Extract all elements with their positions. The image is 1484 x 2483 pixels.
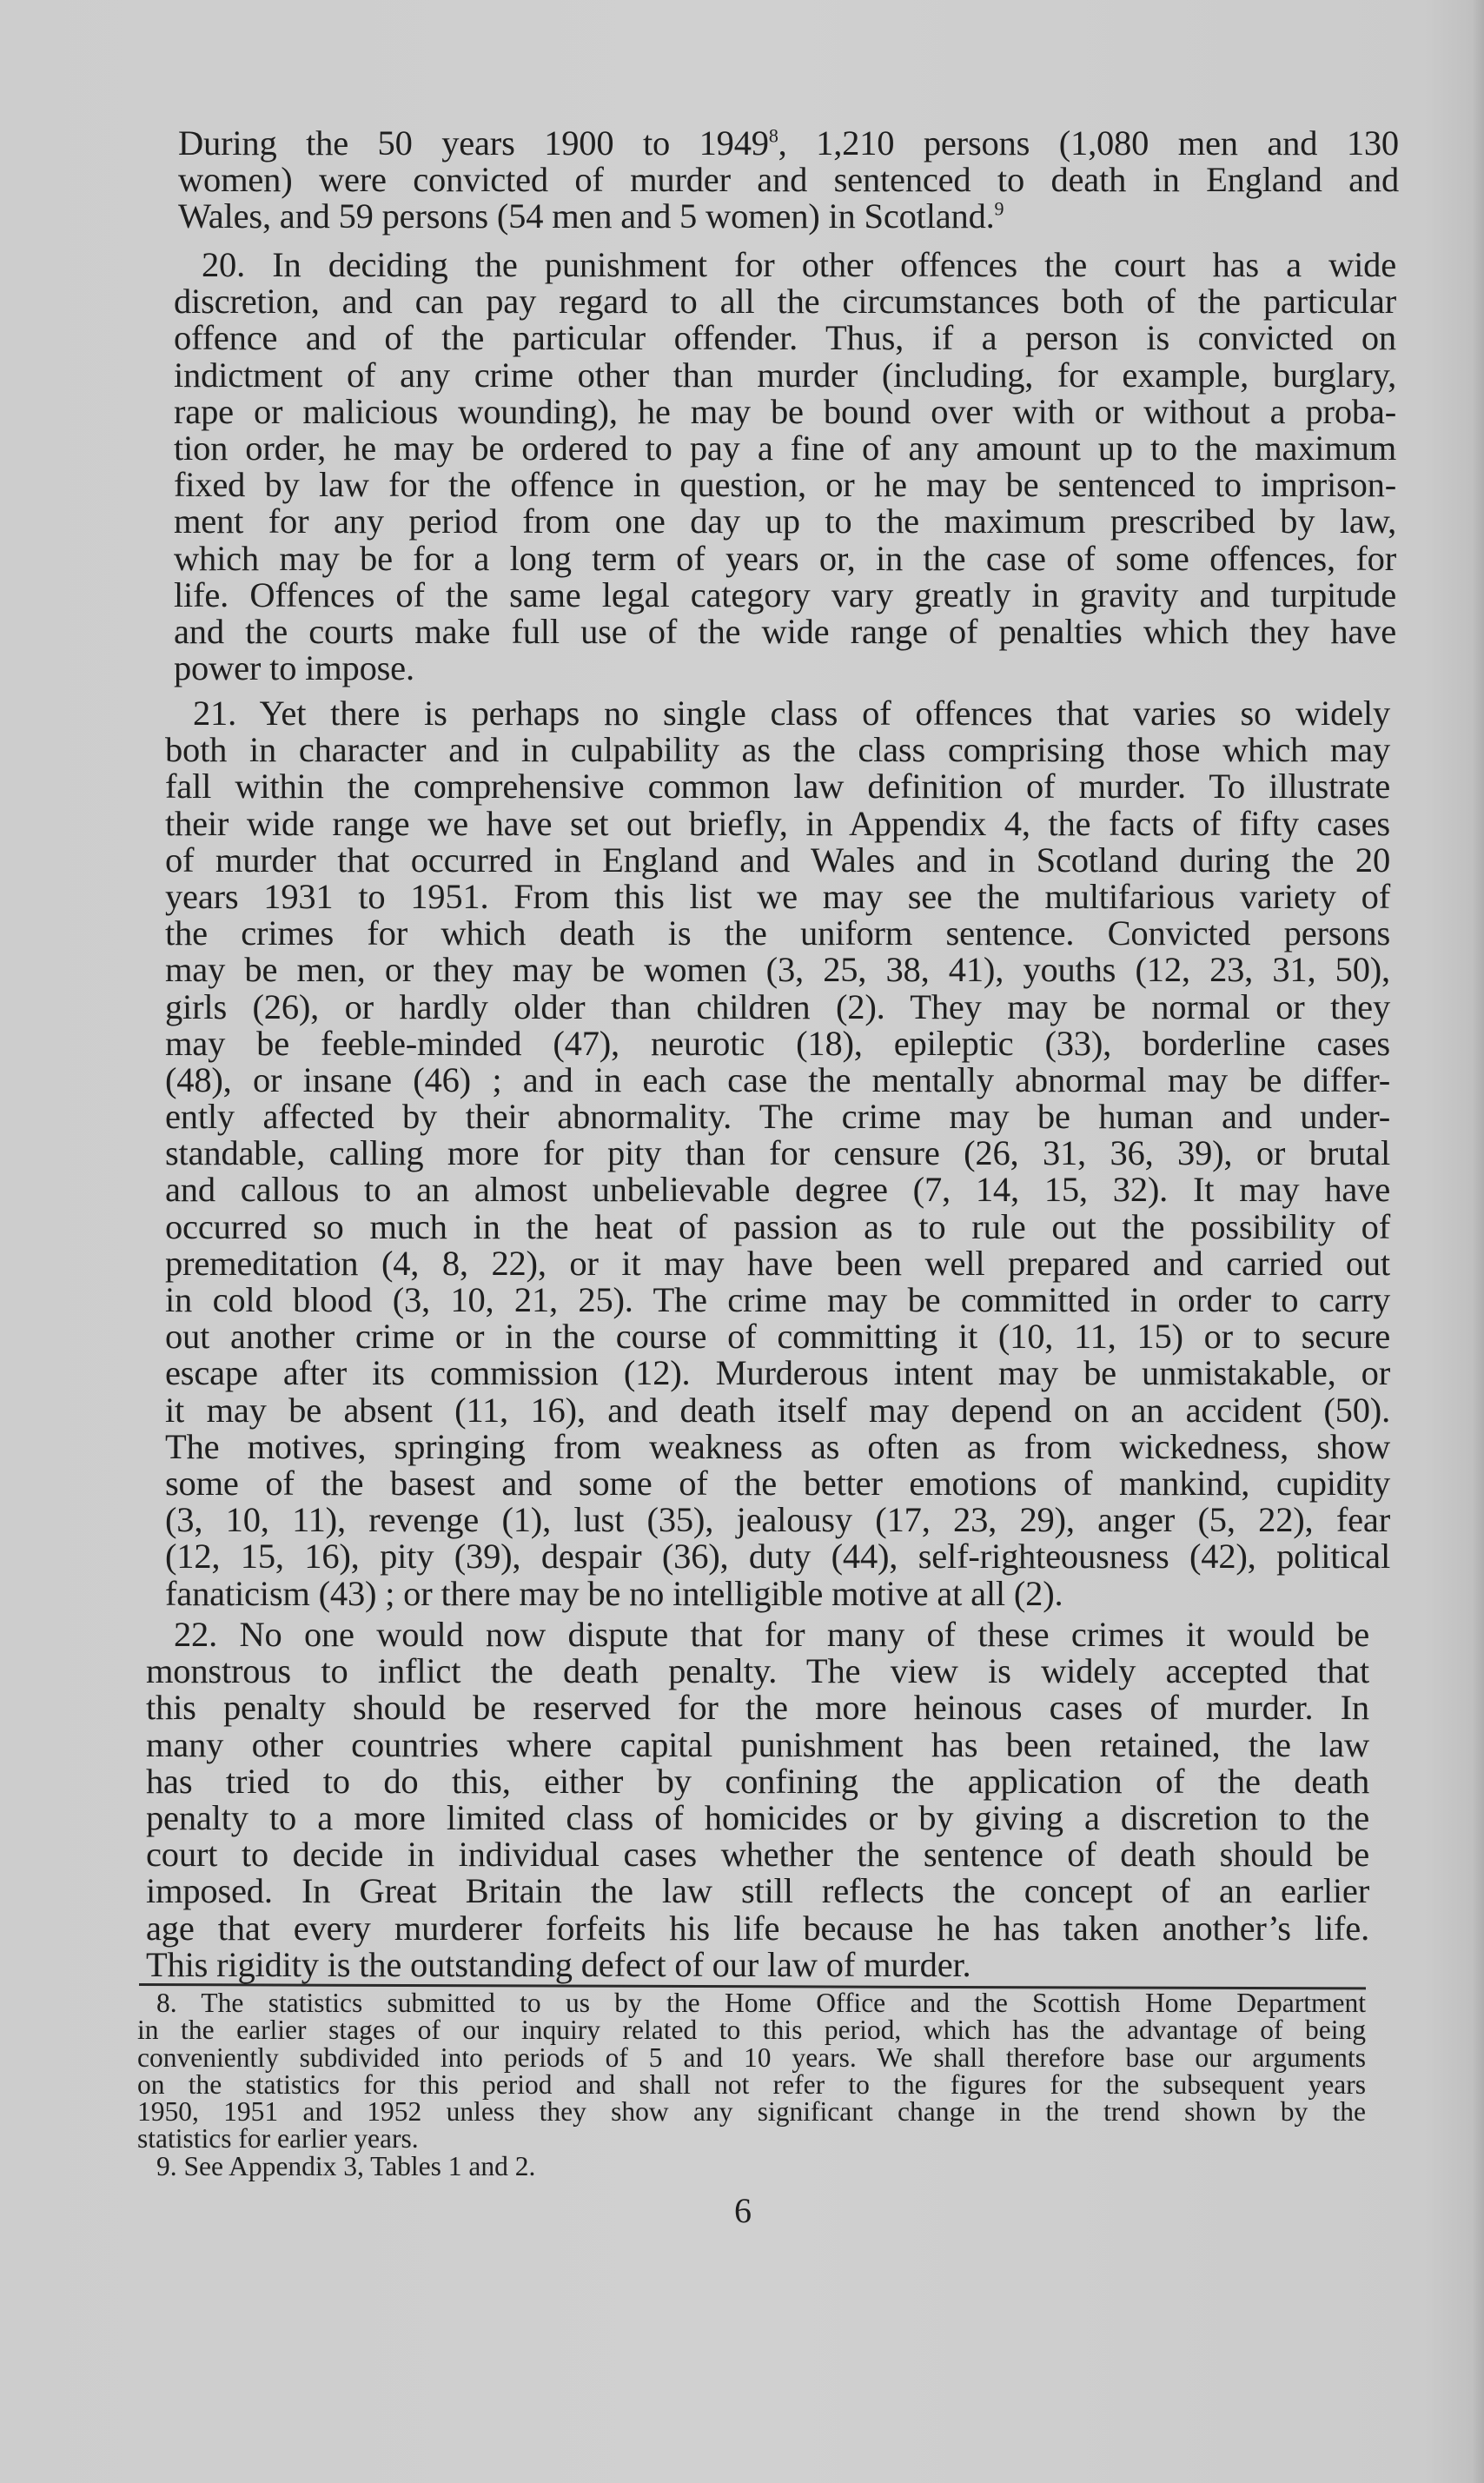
paragraph-20: 20. In deciding the punishment for other… <box>174 247 1396 687</box>
text-line: and the courts make full use of the wide… <box>174 614 1396 650</box>
paragraph-19-continued: During the 50 years 1900 to 19498, 1,210… <box>178 125 1399 236</box>
text-line: some of the basest and some of the bette… <box>165 1465 1390 1502</box>
text-line: fanaticism (43) ; or there may be no int… <box>165 1576 1390 1612</box>
text-line: of murder that occurred in England and W… <box>165 842 1390 879</box>
text-line: women) were convicted of murder and sent… <box>178 162 1399 198</box>
footnote-line: on the statistics for this period and sh… <box>137 2071 1366 2098</box>
text-line: court to decide in individual cases whet… <box>146 1836 1369 1873</box>
page-number: 6 <box>734 2194 752 2228</box>
text-line: has tried to do this, either by confinin… <box>146 1763 1369 1800</box>
text-line: During the 50 years 1900 to 19498, 1,210… <box>178 125 1399 162</box>
footnote-ref-9[interactable]: 9 <box>995 198 1004 220</box>
text-line: life. Offences of the same legal categor… <box>174 577 1396 614</box>
text-line: age that every murderer forfeits his lif… <box>146 1910 1369 1947</box>
text-segment: Wales, and 59 persons (54 men and 5 wome… <box>178 196 995 236</box>
text-segment: , 1,210 persons (1,080 men and 130 <box>778 123 1399 163</box>
paragraph-22: 22. No one would now dispute that for ma… <box>146 1617 1369 1983</box>
text-line: 20. In deciding the punishment for other… <box>174 247 1396 283</box>
footnotes: 8. The statistics submitted to us by the… <box>137 1989 1366 2180</box>
text-line: this penalty should be reserved for the … <box>146 1690 1369 1726</box>
footnote-line: in the earlier stages of our inquiry rel… <box>137 2016 1366 2043</box>
text-line: 21. Yet there is perhaps no single class… <box>165 695 1390 732</box>
text-line: years 1931 to 1951. From this list we ma… <box>165 879 1390 915</box>
text-line: the crimes for which death is the unifor… <box>165 915 1390 952</box>
text-line: imposed. In Great Britain the law still … <box>146 1873 1369 1909</box>
text-line: The motives, springing from weakness as … <box>165 1429 1390 1465</box>
text-line: This rigidity is the outstanding defect … <box>146 1947 1369 1983</box>
footnote-line: 1950, 1951 and 1952 unless they show any… <box>137 2098 1366 2125</box>
text-line: standable, calling more for pity than fo… <box>165 1135 1390 1172</box>
text-line: ently affected by their abnormality. The… <box>165 1099 1390 1135</box>
text-line: both in character and in culpability as … <box>165 732 1390 768</box>
text-line: may be men, or they may be women (3, 25,… <box>165 952 1390 988</box>
text-line: indictment of any crime other than murde… <box>174 357 1396 394</box>
text-line: out another crime or in the course of co… <box>165 1318 1390 1355</box>
footnote-line: conveniently subdivided into periods of … <box>137 2044 1366 2071</box>
text-line: premeditation (4, 8, 22), or it may have… <box>165 1245 1390 1282</box>
text-line: Wales, and 59 persons (54 men and 5 wome… <box>178 198 1399 235</box>
text-line: fixed by law for the offence in question… <box>174 467 1396 503</box>
text-line: ment for any period from one day up to t… <box>174 503 1396 540</box>
text-line: girls (26), or hardly older than childre… <box>165 989 1390 1026</box>
text-line: penalty to a more limited class of homic… <box>146 1800 1369 1836</box>
text-line: many other countries where capital punis… <box>146 1727 1369 1763</box>
text-line: which may be for a long term of years or… <box>174 541 1396 577</box>
footnote-ref-8[interactable]: 8 <box>769 125 778 147</box>
text-line: in cold blood (3, 10, 21, 25). The crime… <box>165 1282 1390 1318</box>
text-line: discretion, and can pay regard to all th… <box>174 283 1396 320</box>
text-line: it may be absent (11, 16), and death its… <box>165 1392 1390 1429</box>
footnote-line: statistics for earlier years. <box>137 2125 1366 2152</box>
page-edge-shadow <box>1472 0 1484 2483</box>
text-line: and callous to an almost unbelievable de… <box>165 1172 1390 1208</box>
text-line: fall within the comprehensive common law… <box>165 768 1390 805</box>
text-segment: During the 50 years 1900 to 1949 <box>178 123 769 163</box>
footnote-line: 9. See Appendix 3, Tables 1 and 2. <box>137 2153 1366 2180</box>
text-line: their wide range we have set out briefly… <box>165 806 1390 842</box>
footnote-8: 8. The statistics submitted to us by the… <box>137 1989 1366 2153</box>
text-line: offence and of the particular offender. … <box>174 320 1396 356</box>
paragraph-21: 21. Yet there is perhaps no single class… <box>165 695 1390 1612</box>
text-line: escape after its commission (12). Murder… <box>165 1355 1390 1391</box>
text-line: (3, 10, 11), revenge (1), lust (35), jea… <box>165 1502 1390 1538</box>
text-line: (12, 15, 16), pity (39), despair (36), d… <box>165 1538 1390 1575</box>
text-line: power to impose. <box>174 650 1396 687</box>
text-line: rape or malicious wounding), he may be b… <box>174 394 1396 430</box>
text-line: 22. No one would now dispute that for ma… <box>146 1617 1369 1653</box>
text-line: may be feeble-minded (47), neurotic (18)… <box>165 1026 1390 1062</box>
footnote-line: 8. The statistics submitted to us by the… <box>137 1989 1366 2016</box>
text-line: tion order, he may be ordered to pay a f… <box>174 430 1396 467</box>
footnote-9: 9. See Appendix 3, Tables 1 and 2. <box>137 2153 1366 2180</box>
text-line: monstrous to inflict the death penalty. … <box>146 1653 1369 1690</box>
scanned-page: During the 50 years 1900 to 19498, 1,210… <box>0 0 1484 2483</box>
text-line: occurred so much in the heat of passion … <box>165 1209 1390 1245</box>
text-line: (48), or insane (46) ; and in each case … <box>165 1062 1390 1099</box>
